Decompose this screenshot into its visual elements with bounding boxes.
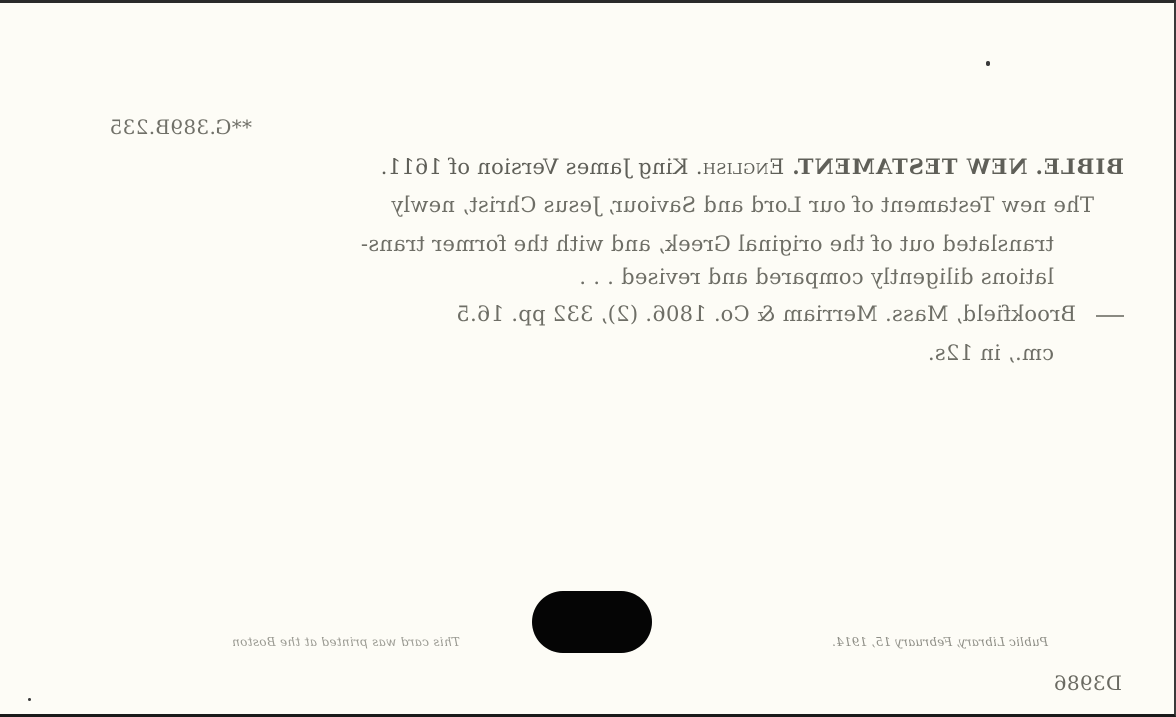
- printed-note-start-text: This card was printed at the Boston: [232, 635, 460, 649]
- heading-subject: BIBLE.: [1035, 154, 1124, 179]
- printed-note-end: Public Library, February 15, 1914.: [832, 635, 1048, 649]
- heading-subdivision: NEW TESTAMENT.: [791, 154, 1027, 179]
- printed-note-start: This card was printed at the Boston: [232, 635, 460, 649]
- imprint-text: Brookfield, Mass. Merriam & Co. 1806. (2…: [456, 302, 1076, 326]
- call-number: **G.389B.235: [109, 115, 252, 139]
- accession-number: D3986: [1054, 671, 1122, 695]
- title-line-3: lations diligently compared and revised …: [579, 265, 1054, 289]
- ink-speck: [28, 698, 31, 701]
- title-line-1: The new Testament of our Lord and Saviou…: [391, 193, 1094, 217]
- punch-hole: [532, 591, 652, 653]
- collation-line: cm., in 12s.: [928, 341, 1054, 365]
- ink-speck: [986, 61, 990, 66]
- card-heading: BIBLE. NEW TESTAMENT. English. King Jame…: [380, 154, 1124, 179]
- dash-divider: [1096, 315, 1124, 317]
- catalog-card: **G.389B.235 BIBLE. NEW TESTAMENT. Engli…: [0, 3, 1176, 717]
- catalog-card-frame: **G.389B.235 BIBLE. NEW TESTAMENT. Engli…: [0, 0, 1176, 717]
- printed-note-end-text: Public Library, February 15, 1914.: [832, 635, 1048, 649]
- title-line-2: translated out of the original Greek, an…: [361, 232, 1054, 256]
- imprint-line: Brookfield, Mass. Merriam & Co. 1806. (2…: [456, 302, 1124, 326]
- heading-language: English.: [696, 155, 785, 179]
- heading-version: King James Version of 1611.: [380, 155, 688, 179]
